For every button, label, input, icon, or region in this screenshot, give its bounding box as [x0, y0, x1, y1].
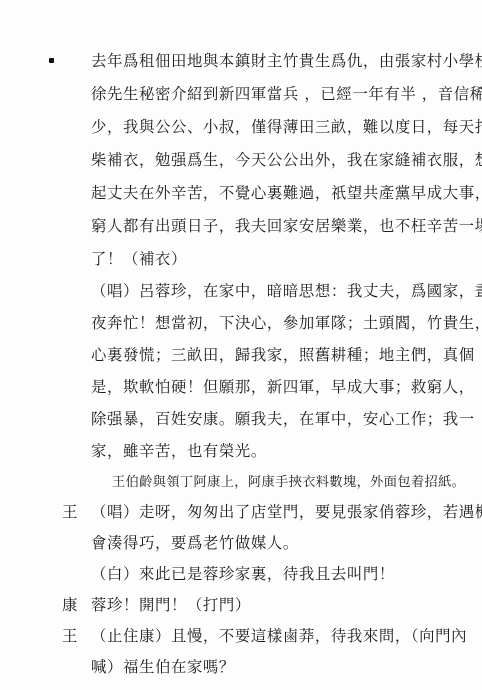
text-line: 除强暴，百姓安康。願我夫，在軍中，安心工作；我一	[91, 410, 475, 428]
dialogue-line: （唱）走呀，匆匆出了店堂門，要見張家俏蓉珍，若遇機	[91, 503, 482, 521]
speaker-label: 王	[62, 503, 77, 521]
corner-mark	[49, 58, 54, 63]
text-line: 了！（補衣）	[91, 250, 187, 268]
speaker-label: 王	[62, 627, 77, 645]
text-line: 少，我與公公、小叔，僅得薄田三畝，難以度日，每天打	[91, 118, 482, 136]
text-line: （唱）呂蓉珍，在家中，暗暗思想：我丈夫，爲國家，晝	[91, 282, 482, 300]
text-line: 窮人都有出頭日子，我夫回家安居樂業，也不枉辛苦一場	[91, 217, 482, 235]
text-line: 家，雖辛苦，也有榮光。	[91, 442, 267, 460]
document-page: 去年爲租佃田地與本鎮財主竹貴生爲仇，由張家村小學校 徐先生秘密介紹到新四軍當兵 …	[0, 0, 482, 690]
text-line: 去年爲租佃田地與本鎮財主竹貴生爲仇，由張家村小學校	[91, 52, 482, 70]
text-line: 夜奔忙！想當初，下決心，參加軍隊；土頭閻，竹貴生，	[91, 314, 482, 332]
dialogue-line: 喊）福生伯在家嗎？	[91, 658, 235, 676]
text-line: 柴補衣，勉强爲生，今天公公出外，我在家縫補衣服，想	[91, 151, 482, 169]
dialogue-line: （白）來此已是蓉珍家裏，待我且去叫門！	[91, 565, 395, 583]
dialogue-line: 會湊得巧，要爲老竹做媒人。	[91, 534, 299, 552]
dialogue-line: 蓉珍！開門！（打門）	[91, 596, 251, 614]
stage-direction: 王伯齡與領丁阿康上，阿康手挾衣料數塊，外面包着招紙。	[112, 474, 465, 492]
text-line: 徐先生秘密介紹到新四軍當兵 ，已經一年有半 ，音信稀	[91, 85, 482, 103]
text-line: 是，欺軟怕硬！但願那，新四軍，早成大事；救窮人，	[91, 378, 475, 396]
text-line: 心裏發慌；三畝田，歸我家，照舊耕種；地主們，真個	[91, 346, 475, 364]
speaker-label: 康	[62, 596, 77, 614]
dialogue-line: （止住康）且慢，不要這樣鹵莽，待我來問，（向門內	[91, 627, 467, 645]
text-line: 起丈夫在外辛苦，不覺心裏難過，祇望共產黨早成大事，	[91, 184, 482, 202]
